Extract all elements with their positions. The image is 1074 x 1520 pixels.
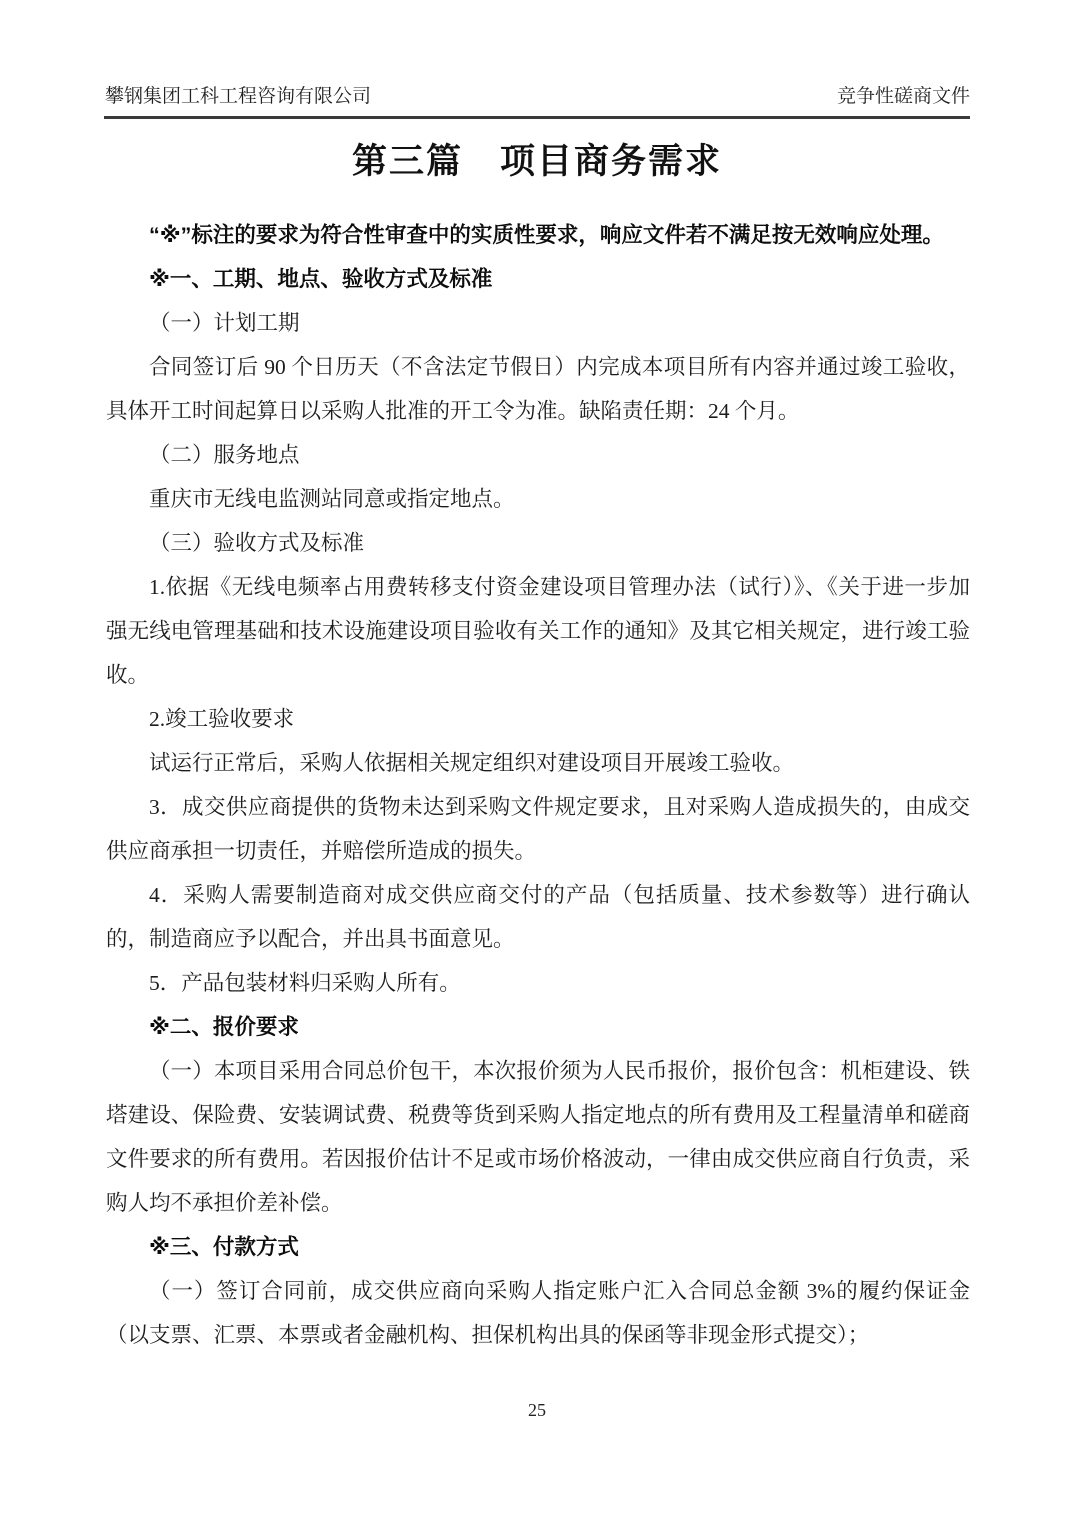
section-heading: ※二、报价要求: [106, 1005, 970, 1049]
paragraph: 1.依据《无线电频率占用费转移支付资金建设项目管理办法（试行）》、《关于进一步加…: [106, 565, 970, 697]
paragraph: （一）计划工期: [106, 301, 970, 345]
header-document-type: 竞争性磋商文件: [837, 86, 970, 109]
paragraph: 试运行正常后，采购人依据相关规定组织对建设项目开展竣工验收。: [106, 741, 970, 785]
paragraph: “※”标注的要求为符合性审查中的实质性要求，响应文件若不满足按无效响应处理。: [106, 213, 970, 257]
paragraph: （三）验收方式及标准: [106, 521, 970, 565]
header-company-name: 攀钢集团工科工程咨询有限公司: [105, 86, 371, 109]
document-page: 攀钢集团工科工程咨询有限公司 竞争性磋商文件 第三篇 项目商务需求 “※”标注的…: [0, 0, 1074, 1520]
paragraph: 2.竣工验收要求: [106, 697, 970, 741]
paragraph: 4．采购人需要制造商对成交供应商交付的产品（包括质量、技术参数等）进行确认的，制…: [106, 873, 970, 961]
section-heading: ※一、工期、地点、验收方式及标准: [106, 257, 970, 301]
page-title: 第三篇 项目商务需求: [0, 134, 1074, 184]
document-body: “※”标注的要求为符合性审查中的实质性要求，响应文件若不满足按无效响应处理。※一…: [106, 213, 970, 1357]
section-heading: ※三、付款方式: [106, 1225, 970, 1269]
paragraph: 5．产品包装材料归采购人所有。: [106, 961, 970, 1005]
page-number: 25: [0, 1400, 1074, 1421]
paragraph: 重庆市无线电监测站同意或指定地点。: [106, 477, 970, 521]
paragraph: 合同签订后 90 个日历天（不含法定节假日）内完成本项目所有内容并通过竣工验收，…: [106, 345, 970, 433]
paragraph: （一）签订合同前，成交供应商向采购人指定账户汇入合同总金额 3%的履约保证金（以…: [106, 1269, 970, 1357]
page-header: 攀钢集团工科工程咨询有限公司 竞争性磋商文件: [105, 86, 970, 109]
header-divider: [104, 116, 970, 119]
paragraph: （二）服务地点: [106, 433, 970, 477]
paragraph: （一）本项目采用合同总价包干，本次报价须为人民币报价，报价包含：机柜建设、铁塔建…: [106, 1049, 970, 1225]
paragraph: 3．成交供应商提供的货物未达到采购文件规定要求，且对采购人造成损失的，由成交供应…: [106, 785, 970, 873]
